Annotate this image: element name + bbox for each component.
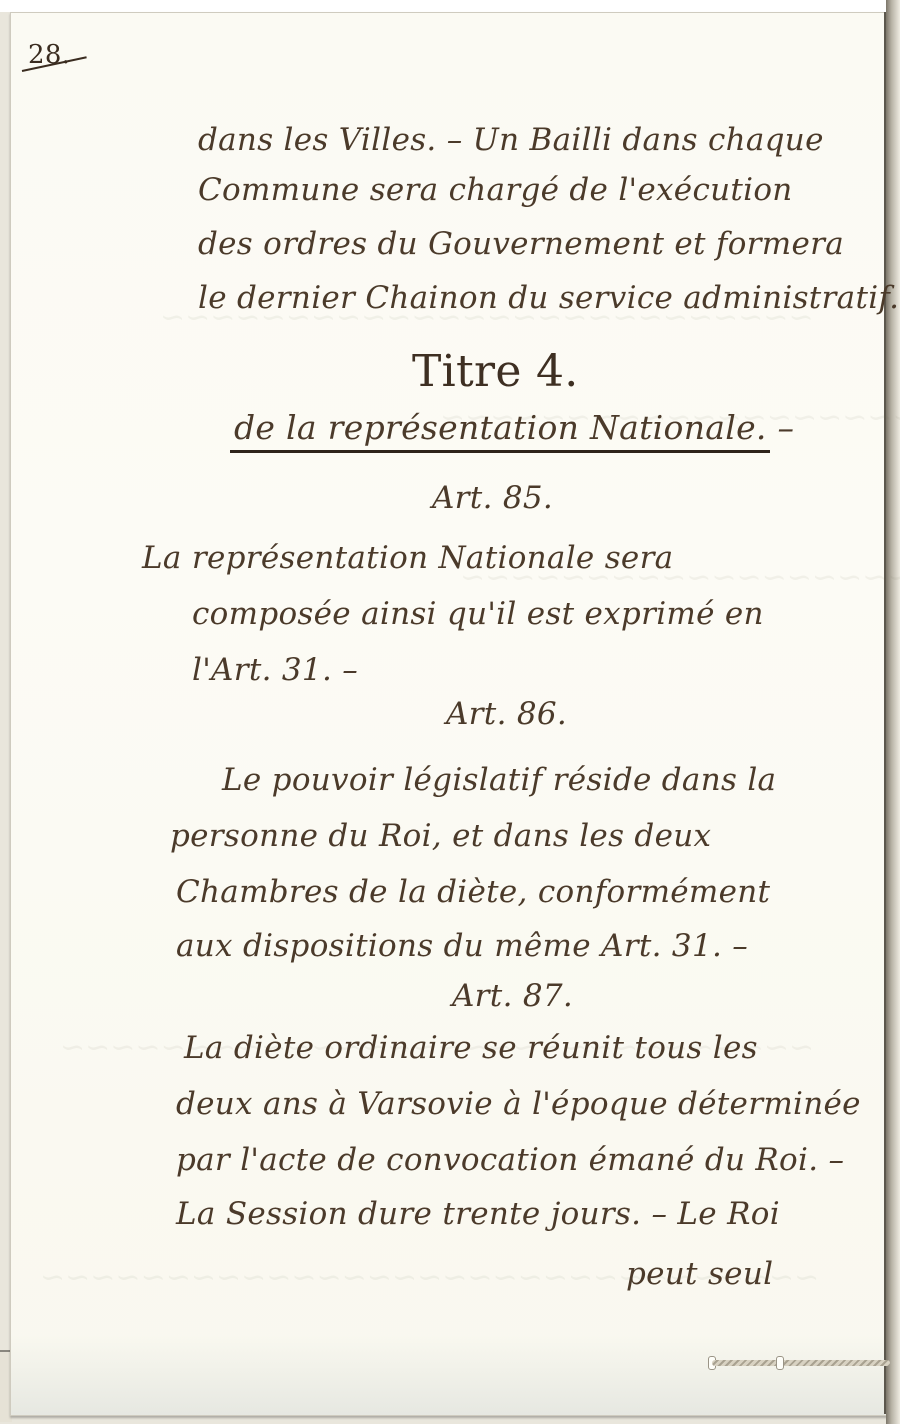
text-line: deux ans à Varsovie à l'époque déterminé… — [176, 1086, 861, 1122]
text-line: personne du Roi, et dans les deux — [170, 818, 711, 854]
text-line: des ordres du Gouvernement et formera — [198, 226, 844, 262]
text-line: La Session dure trente jours. – Le Roi — [176, 1196, 780, 1232]
text-line: le dernier Chainon du service administra… — [198, 280, 900, 316]
text-line: l'Art. 31. – — [192, 652, 358, 688]
text-line: La diète ordinaire se réunit tous les — [184, 1030, 758, 1066]
text-line: Commune sera chargé de l'exécution — [198, 172, 793, 208]
text-line: Chambres de la diète, conformément — [176, 874, 770, 910]
article-heading: Art. 85. — [432, 480, 553, 516]
section-subtitle: de la représentation Nationale. – — [234, 408, 794, 447]
catchword: peut seul — [626, 1256, 773, 1292]
page-fold-line — [884, 12, 886, 1414]
binding-hole — [776, 1356, 784, 1370]
section-title: Titre 4. — [412, 346, 579, 397]
text-line: composée ainsi qu'il est exprimé en — [192, 596, 764, 632]
article-text: La représentation Nationale sera — [142, 522, 673, 580]
text-line: Le pouvoir législatif réside dans la — [222, 762, 776, 798]
text-line: aux dispositions du même Art. 31. – — [176, 928, 748, 964]
text-line: par l'acte de convocation émané du Roi. … — [176, 1142, 844, 1178]
page-shadow — [11, 1335, 887, 1415]
binding-thread — [712, 1360, 890, 1366]
article-heading: Art. 86. — [446, 696, 567, 732]
article-heading: Art. 87. — [452, 978, 573, 1014]
title-underline — [230, 450, 770, 453]
book-spine-edge — [886, 0, 900, 1424]
text-line: La représentation Nationale sera — [142, 540, 673, 576]
text-line: dans les Villes. – Un Bailli dans chaque — [198, 122, 824, 158]
